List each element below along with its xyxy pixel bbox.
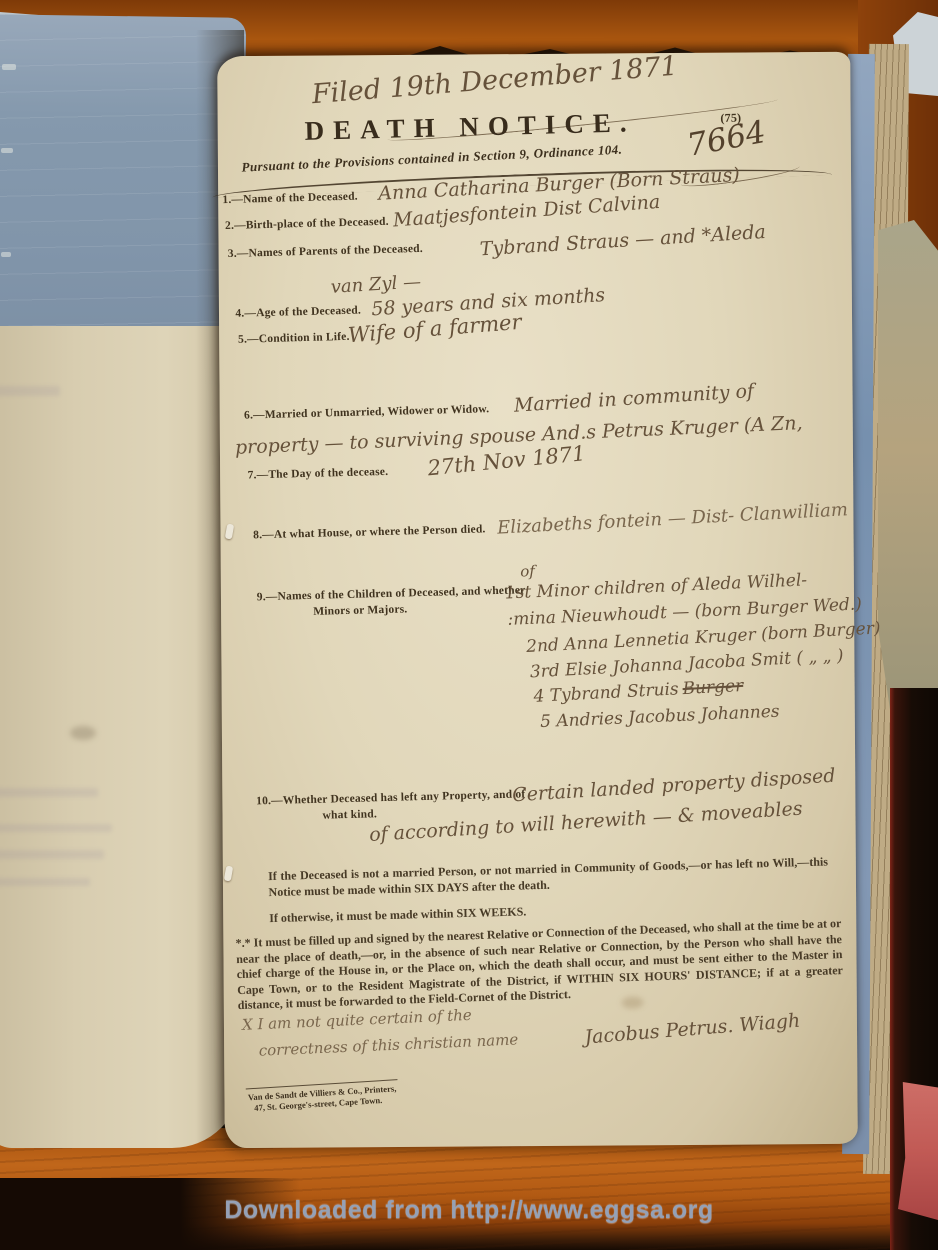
struck-surname: Burger xyxy=(682,676,744,699)
note-six-days: If the Deceased is not a married Person,… xyxy=(268,854,829,900)
field-value-10b: of according to will herewith — & moveab… xyxy=(369,798,804,846)
field-value-8: Elizabeths fontein — Dist- Clanwilliam xyxy=(497,499,849,538)
field-label-9b: Minors or Majors. xyxy=(313,603,408,617)
field-label-8: 8.—At what House, or where the Person di… xyxy=(253,523,486,541)
note-instructions: *.* It must be filled up and signed by t… xyxy=(235,916,843,1014)
inserted-word: of xyxy=(520,562,535,580)
edge-mark xyxy=(2,64,16,70)
show-through-text xyxy=(0,878,90,886)
edge-mark xyxy=(1,252,11,257)
show-through-text xyxy=(0,386,60,396)
child-entry-5-text: 4 Tybrand Struis xyxy=(533,679,679,707)
footnote-line-2: correctness of this christian name xyxy=(258,1030,518,1059)
photo-scene: Filed 19th December 1871 DEATH NOTICE. (… xyxy=(0,0,938,1250)
filing-number-handwriting: 7664 xyxy=(684,114,768,164)
field-label-9a: 9.—Names of the Children of Deceased, an… xyxy=(257,584,526,603)
field-value-3b: van Zyl — xyxy=(330,271,421,297)
signature: Jacobus Petrus. Wiagh xyxy=(584,1010,801,1049)
show-through-text xyxy=(0,850,104,859)
filed-date-handwriting: Filed 19th December 1871 xyxy=(311,51,679,111)
field-value-6a: Married in community of xyxy=(513,380,754,417)
page-stain xyxy=(70,726,96,740)
child-entry-5: 4 Tybrand Struis Burger xyxy=(533,676,744,707)
watermark-text: Downloaded from http://www.eggsa.org xyxy=(0,1196,938,1225)
show-through-text xyxy=(0,788,98,797)
form-subtitle: Pursuant to the Provisions contained in … xyxy=(241,142,622,176)
field-label-10b: what kind. xyxy=(322,808,377,821)
field-label-1: 1.—Name of the Deceased. xyxy=(222,191,358,207)
page-stain xyxy=(621,996,643,1009)
form-content: Filed 19th December 1871 DEATH NOTICE. (… xyxy=(207,46,868,1154)
field-label-4: 4.—Age of the Deceased. xyxy=(235,305,361,320)
child-entry-6: 5 Andries Jacobus Johannes xyxy=(540,702,780,732)
field-label-2: 2.—Birth-place of the Deceased. xyxy=(225,216,389,232)
field-label-5: 5.—Condition in Life. xyxy=(238,331,350,346)
form-title: DEATH NOTICE. xyxy=(304,107,636,147)
field-label-10a: 10.—Whether Deceased has left any Proper… xyxy=(256,788,525,807)
field-label-6: 6.—Married or Unmarried, Widower or Wido… xyxy=(244,403,489,421)
show-through-text xyxy=(0,824,112,832)
field-label-3: 3.—Names of Parents of the Deceased. xyxy=(228,243,423,260)
field-value-3a: Tybrand Straus — and *Aleda xyxy=(479,221,766,260)
edge-mark xyxy=(1,148,13,153)
field-label-7: 7.—The Day of the decease. xyxy=(247,466,388,482)
death-notice-page: Filed 19th December 1871 DEATH NOTICE. (… xyxy=(217,52,858,1148)
worn-cover-edge xyxy=(878,220,938,730)
